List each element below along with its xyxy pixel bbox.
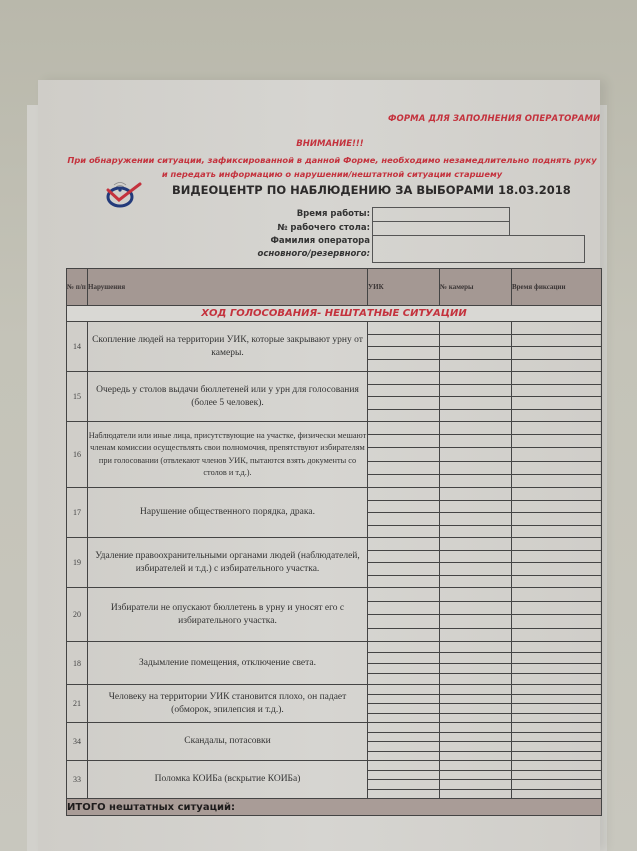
row-number: 19	[67, 538, 88, 588]
work-time-field[interactable]	[372, 207, 510, 222]
entry-camera-field[interactable]	[440, 674, 511, 684]
entry-time-field[interactable]	[512, 733, 601, 743]
table-row: 17Нарушение общественного порядка, драка…	[67, 488, 602, 538]
entry-time-field[interactable]	[512, 335, 601, 348]
violation-description: Удаление правоохранительными органами лю…	[88, 538, 368, 588]
entry-camera-field[interactable]	[440, 410, 511, 422]
entry-camera-field[interactable]	[440, 488, 511, 501]
operator-label-line1: Фамилия оператора	[230, 235, 370, 248]
cell-uik	[368, 372, 440, 422]
entry-uik-field[interactable]	[368, 704, 439, 714]
cell-camera	[440, 488, 512, 538]
entry-camera-field[interactable]	[440, 761, 511, 771]
entry-uik-field[interactable]	[368, 685, 439, 695]
entry-time-field[interactable]	[512, 576, 601, 588]
entry-camera-field[interactable]	[440, 372, 511, 385]
cell-time	[512, 685, 602, 723]
table-row: 21Человеку на территории УИК становится …	[67, 685, 602, 723]
violation-description: Очередь у столов выдачи бюллетеней или у…	[88, 372, 368, 422]
entry-uik-field[interactable]	[368, 462, 439, 475]
violation-description: Задымление помещения, отключение света.	[88, 642, 368, 685]
row-number: 16	[67, 422, 88, 488]
violation-description: Избиратели не опускают бюллетень в урну …	[88, 588, 368, 642]
desk-field[interactable]	[372, 221, 510, 236]
entry-camera-field[interactable]	[440, 752, 511, 761]
notice-line-1: При обнаружении ситуации, зафиксированно…	[58, 153, 606, 167]
entry-camera-field[interactable]	[440, 714, 511, 723]
cell-camera	[440, 642, 512, 685]
table-row: 19Удаление правоохранительными органами …	[67, 538, 602, 588]
entry-camera-field[interactable]	[440, 501, 511, 514]
cell-camera	[440, 761, 512, 799]
table-row: 20Избиратели не опускают бюллетень в урн…	[67, 588, 602, 642]
entry-time-field[interactable]	[512, 790, 601, 799]
entry-camera-field[interactable]	[440, 664, 511, 675]
entry-uik-field[interactable]	[368, 513, 439, 526]
entry-camera-field[interactable]	[440, 615, 511, 629]
violation-description: Человеку на территории УИК становится пл…	[88, 685, 368, 723]
entry-time-field[interactable]	[512, 462, 601, 475]
violation-description: Наблюдатели или иные лица, присутствующи…	[88, 422, 368, 488]
entry-camera-field[interactable]	[440, 602, 511, 616]
entry-uik-field[interactable]	[368, 723, 439, 733]
cell-time	[512, 588, 602, 642]
violation-description: Нарушение общественного порядка, драка.	[88, 488, 368, 538]
table-header-row: № п/п Нарушения УИК № камеры Время фикса…	[67, 269, 602, 306]
entry-uik-field[interactable]	[368, 422, 439, 435]
entry-time-field[interactable]	[512, 588, 601, 602]
cell-time	[512, 723, 602, 761]
cell-camera	[440, 372, 512, 422]
violation-description: Скандалы, потасовки	[88, 723, 368, 761]
cell-time	[512, 322, 602, 372]
entry-time-field[interactable]	[512, 642, 601, 653]
notice-text: При обнаружении ситуации, зафиксированно…	[58, 153, 606, 181]
entry-camera-field[interactable]	[440, 653, 511, 664]
cell-camera	[440, 685, 512, 723]
entry-uik-field[interactable]	[368, 385, 439, 398]
entry-camera-field[interactable]	[440, 629, 511, 642]
row-number: 20	[67, 588, 88, 642]
entry-camera-field[interactable]	[440, 551, 511, 564]
operator-field[interactable]	[372, 235, 585, 263]
violation-description: Скопление людей на территории УИК, котор…	[88, 322, 368, 372]
entry-time-field[interactable]	[512, 704, 601, 714]
desk-label: № рабочего стола:	[230, 221, 372, 236]
entry-time-field[interactable]	[512, 435, 601, 448]
row-number: 17	[67, 488, 88, 538]
cell-uik	[368, 761, 440, 799]
entry-uik-field[interactable]	[368, 322, 439, 335]
entry-uik-field[interactable]	[368, 397, 439, 410]
entry-time-field[interactable]	[512, 685, 601, 695]
entry-camera-field[interactable]	[440, 360, 511, 372]
entry-time-field[interactable]	[512, 780, 601, 790]
col-header-num: № п/п	[67, 269, 88, 306]
entry-camera-field[interactable]	[440, 422, 511, 435]
cell-time	[512, 538, 602, 588]
entry-time-field[interactable]	[512, 410, 601, 422]
entry-camera-field[interactable]	[440, 733, 511, 743]
entry-uik-field[interactable]	[368, 653, 439, 664]
table-row: 16Наблюдатели или иные лица, присутствую…	[67, 422, 602, 488]
cell-uik	[368, 422, 440, 488]
entry-uik-field[interactable]	[368, 733, 439, 743]
entry-time-field[interactable]	[512, 752, 601, 761]
entry-time-field[interactable]	[512, 360, 601, 372]
entry-time-field[interactable]	[512, 397, 601, 410]
entry-uik-field[interactable]	[368, 674, 439, 684]
cell-uik	[368, 588, 440, 642]
entry-uik-field[interactable]	[368, 360, 439, 372]
entry-camera-field[interactable]	[440, 771, 511, 781]
entry-camera-field[interactable]	[440, 685, 511, 695]
cell-uik	[368, 538, 440, 588]
col-header-uik: УИК	[368, 269, 440, 306]
row-number: 34	[67, 723, 88, 761]
work-time-label: Время работы:	[230, 207, 372, 222]
entry-uik-field[interactable]	[368, 664, 439, 675]
cell-camera	[440, 422, 512, 488]
entry-camera-field[interactable]	[440, 538, 511, 551]
cell-time	[512, 372, 602, 422]
cell-camera	[440, 723, 512, 761]
entry-uik-field[interactable]	[368, 576, 439, 588]
entry-time-field[interactable]	[512, 385, 601, 398]
entry-time-field[interactable]	[512, 551, 601, 564]
entry-uik-field[interactable]	[368, 629, 439, 642]
entry-camera-field[interactable]	[440, 397, 511, 410]
entry-camera-field[interactable]	[440, 742, 511, 752]
col-header-camera: № камеры	[440, 269, 512, 306]
operator-row: Фамилия оператора основного/резервного:	[230, 235, 585, 263]
entry-time-field[interactable]	[512, 714, 601, 723]
entry-camera-field[interactable]	[440, 723, 511, 733]
entry-uik-field[interactable]	[368, 615, 439, 629]
entry-time-field[interactable]	[512, 372, 601, 385]
entry-uik-field[interactable]	[368, 501, 439, 514]
row-number: 21	[67, 685, 88, 723]
table-row: 18Задымление помещения, отключение света…	[67, 642, 602, 685]
cell-uik	[368, 685, 440, 723]
entry-time-field[interactable]	[512, 513, 601, 526]
violations-table: № п/п Нарушения УИК № камеры Время фикса…	[66, 268, 602, 816]
entry-time-field[interactable]	[512, 475, 601, 487]
cell-uik	[368, 488, 440, 538]
cell-time	[512, 761, 602, 799]
entry-time-field[interactable]	[512, 526, 601, 538]
entry-time-field[interactable]	[512, 347, 601, 360]
col-header-time: Время фиксации	[512, 269, 602, 306]
row-number: 33	[67, 761, 88, 799]
entry-uik-field[interactable]	[368, 642, 439, 653]
col-header-violation: Нарушения	[88, 269, 368, 306]
total-row: ИТОГО нештатных ситуаций:	[67, 799, 602, 816]
entry-camera-field[interactable]	[440, 322, 511, 335]
entry-camera-field[interactable]	[440, 790, 511, 799]
entry-camera-field[interactable]	[440, 347, 511, 360]
entry-uik-field[interactable]	[368, 347, 439, 360]
table-row: 33Поломка КОИБа (вскрытие КОИБа)	[67, 761, 602, 799]
entry-time-field[interactable]	[512, 664, 601, 675]
entry-uik-field[interactable]	[368, 790, 439, 799]
cell-camera	[440, 322, 512, 372]
entry-camera-field[interactable]	[440, 448, 511, 461]
entry-camera-field[interactable]	[440, 462, 511, 475]
table-row: 34Скандалы, потасовки	[67, 723, 602, 761]
cell-camera	[440, 538, 512, 588]
row-number: 14	[67, 322, 88, 372]
operator-label-line2: основного/резервного:	[230, 248, 370, 261]
entry-camera-field[interactable]	[440, 704, 511, 714]
entry-camera-field[interactable]	[440, 642, 511, 653]
entry-camera-field[interactable]	[440, 695, 511, 705]
entry-uik-field[interactable]	[368, 742, 439, 752]
cell-uik	[368, 723, 440, 761]
entry-camera-field[interactable]	[440, 513, 511, 526]
entry-uik-field[interactable]	[368, 695, 439, 705]
entry-uik-field[interactable]	[368, 410, 439, 422]
entry-time-field[interactable]	[512, 615, 601, 629]
entry-uik-field[interactable]	[368, 714, 439, 723]
entry-uik-field[interactable]	[368, 435, 439, 448]
section-title: ХОД ГОЛОСОВАНИЯ- НЕШТАТНЫЕ СИТУАЦИИ	[67, 306, 602, 322]
entry-time-field[interactable]	[512, 742, 601, 752]
entry-uik-field[interactable]	[368, 761, 439, 771]
entry-time-field[interactable]	[512, 602, 601, 616]
entry-uik-field[interactable]	[368, 335, 439, 348]
entry-time-field[interactable]	[512, 501, 601, 514]
page-title: ВИДЕОЦЕНТР ПО НАБЛЮДЕНИЮ ЗА ВЫБОРАМИ 18.…	[172, 183, 571, 197]
operator-label: Фамилия оператора основного/резервного:	[230, 235, 372, 263]
table-row: 15Очередь у столов выдачи бюллетеней или…	[67, 372, 602, 422]
cell-time	[512, 642, 602, 685]
entry-time-field[interactable]	[512, 771, 601, 781]
entry-time-field[interactable]	[512, 322, 601, 335]
violation-description: Поломка КОИБа (вскрытие КОИБа)	[88, 761, 368, 799]
entry-camera-field[interactable]	[440, 780, 511, 790]
entry-uik-field[interactable]	[368, 588, 439, 602]
row-number: 18	[67, 642, 88, 685]
entry-uik-field[interactable]	[368, 602, 439, 616]
entry-camera-field[interactable]	[440, 526, 511, 538]
entry-uik-field[interactable]	[368, 551, 439, 564]
entry-uik-field[interactable]	[368, 563, 439, 576]
cell-camera	[440, 588, 512, 642]
entry-time-field[interactable]	[512, 488, 601, 501]
entry-time-field[interactable]	[512, 422, 601, 435]
entry-time-field[interactable]	[512, 448, 601, 461]
work-time-row: Время работы:	[230, 207, 510, 222]
entry-time-field[interactable]	[512, 674, 601, 684]
entry-camera-field[interactable]	[440, 435, 511, 448]
entry-uik-field[interactable]	[368, 526, 439, 538]
attention-heading: ВНИМАНИЕ!!!	[60, 139, 600, 149]
entry-uik-field[interactable]	[368, 780, 439, 790]
entry-camera-field[interactable]	[440, 475, 511, 487]
cell-time	[512, 488, 602, 538]
entry-camera-field[interactable]	[440, 385, 511, 398]
form-label: ФОРМА ДЛЯ ЗАПОЛНЕНИЯ ОПЕРАТОРАМИ	[388, 114, 600, 124]
entry-camera-field[interactable]	[440, 335, 511, 348]
cell-time	[512, 422, 602, 488]
checkmark-ballot-icon	[103, 178, 145, 210]
entry-uik-field[interactable]	[368, 752, 439, 761]
entry-time-field[interactable]	[512, 761, 601, 771]
cell-uik	[368, 322, 440, 372]
entry-time-field[interactable]	[512, 629, 601, 642]
row-number: 15	[67, 372, 88, 422]
entry-camera-field[interactable]	[440, 576, 511, 588]
table-row: 14Скопление людей на территории УИК, кот…	[67, 322, 602, 372]
entry-camera-field[interactable]	[440, 588, 511, 602]
entry-uik-field[interactable]	[368, 475, 439, 487]
entry-uik-field[interactable]	[368, 771, 439, 781]
entry-uik-field[interactable]	[368, 448, 439, 461]
entry-time-field[interactable]	[512, 695, 601, 705]
entry-uik-field[interactable]	[368, 488, 439, 501]
entry-uik-field[interactable]	[368, 538, 439, 551]
entry-time-field[interactable]	[512, 538, 601, 551]
entry-time-field[interactable]	[512, 653, 601, 664]
entry-camera-field[interactable]	[440, 563, 511, 576]
entry-time-field[interactable]	[512, 563, 601, 576]
desk-row: № рабочего стола:	[230, 221, 510, 236]
entry-time-field[interactable]	[512, 723, 601, 733]
entry-uik-field[interactable]	[368, 372, 439, 385]
cell-uik	[368, 642, 440, 685]
